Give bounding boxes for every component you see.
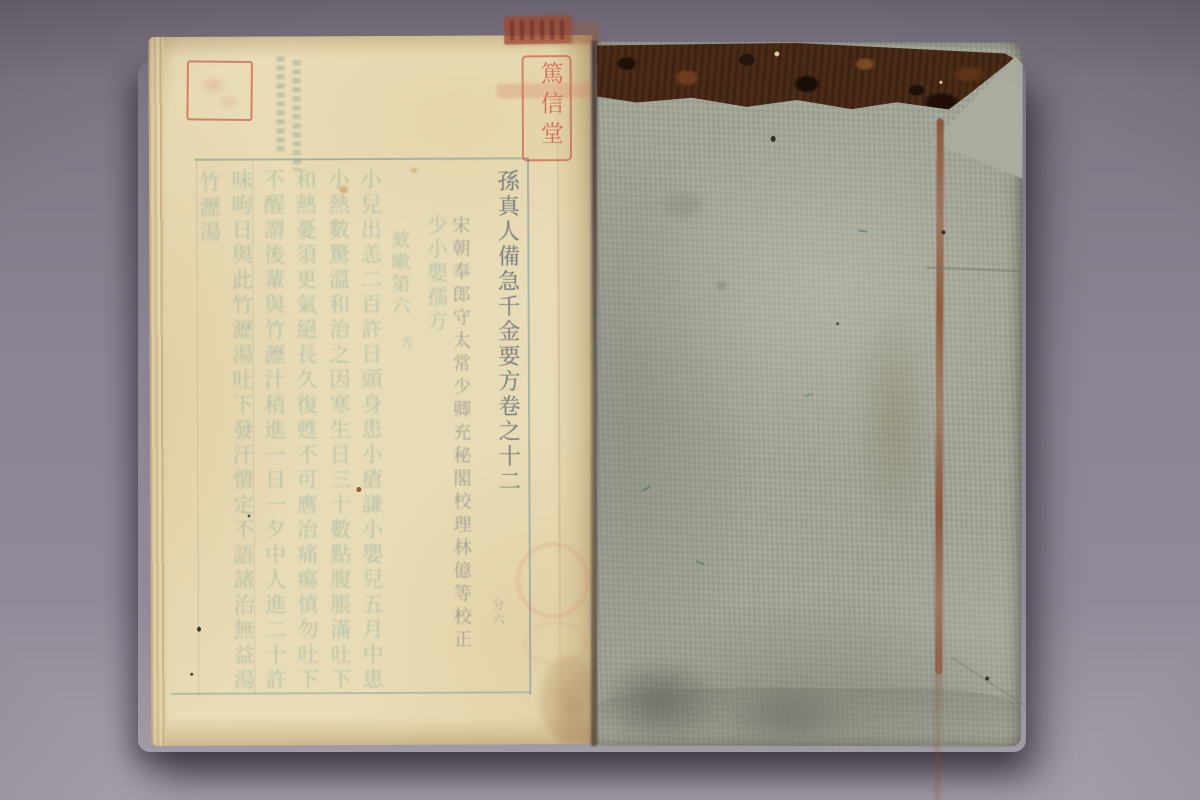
brown-stain-line [935, 118, 943, 674]
showthrough-column: 味昫日與此竹瀝湯吐下發汗憒定不語諸治無益湯 [226, 169, 258, 694]
foxing-spot [411, 168, 417, 173]
cover-speck [985, 676, 989, 680]
volume-note-small: 分六 [487, 597, 506, 627]
faint-circular-seal [516, 542, 590, 618]
cover-smudge [716, 282, 726, 290]
photograph-scene: 孫真人備急千金要方卷之十二 宋朝奉郎守太常少卿充秘閣校理林億等校正 分六 少小嬰… [0, 0, 1200, 800]
back-cover [595, 41, 1023, 746]
blue-fiber [804, 393, 813, 397]
partial-seal-band [497, 83, 597, 98]
blue-fiber [642, 485, 651, 491]
chapter-note-showthrough: 方 [396, 336, 415, 349]
showthrough-column: 竹瀝湯 [194, 171, 224, 246]
spine-label-faded-end [570, 22, 600, 44]
cover-speck [836, 322, 839, 325]
hall-name-seal: 篤信堂 [522, 55, 572, 161]
text-frame-right-border [527, 157, 531, 694]
ink-speck [190, 673, 193, 676]
showthrough-column: 和熱憂須更氣絕長久復甦不可噟冶痛瘍慎勿吐下 [290, 168, 322, 693]
cover-speck [771, 136, 776, 142]
cover-bottom-fold-band [595, 687, 1021, 746]
foxing-spot [339, 186, 348, 193]
tiny-showthrough-column [293, 60, 301, 170]
hall-seal-text: 篤信堂 [534, 61, 567, 151]
volume-title-column: 孫真人備急千金要方卷之十二 [491, 169, 523, 494]
tiny-showthrough-column [277, 56, 285, 152]
showthrough-column: 不醒謂後輩與竹瀝汁稍進一日一夕中人進二十許 [258, 168, 290, 693]
cover-water-wash [852, 268, 937, 568]
ink-speck [197, 627, 201, 632]
blue-fiber [695, 560, 704, 565]
page-stack-fore-edge [148, 37, 166, 746]
showthrough-column: 小熱數驚溫和治之因寒生日三十數點腹脹滿吐下 [323, 168, 355, 693]
square-collector-seal [186, 60, 253, 121]
blue-fiber [858, 229, 867, 233]
faint-circular-seal-partial [523, 621, 587, 665]
text-frame-top-border [195, 157, 528, 160]
leather-spine-band [597, 41, 1023, 112]
rust-speck [356, 487, 361, 492]
left-page-leaf: 孫真人備急千金要方卷之十二 宋朝奉郎守太常少卿充秘閣校理林億等校正 分六 少小嬰… [148, 35, 595, 746]
showthrough-column: 小兒出恙二百許日頭身患小瘡謙小嬰兒五月中患 [355, 168, 387, 693]
section-heading-showthrough: 少小嬰孺方 [421, 214, 452, 334]
cover-smudge [662, 192, 702, 218]
spine-gap-shadow [591, 40, 597, 746]
cover-speck [941, 230, 945, 234]
chapter-heading-showthrough: 欬嗽第六 [386, 230, 413, 318]
ink-speck [248, 515, 251, 518]
spine-label-marks [510, 20, 565, 41]
spine-label [504, 15, 571, 44]
